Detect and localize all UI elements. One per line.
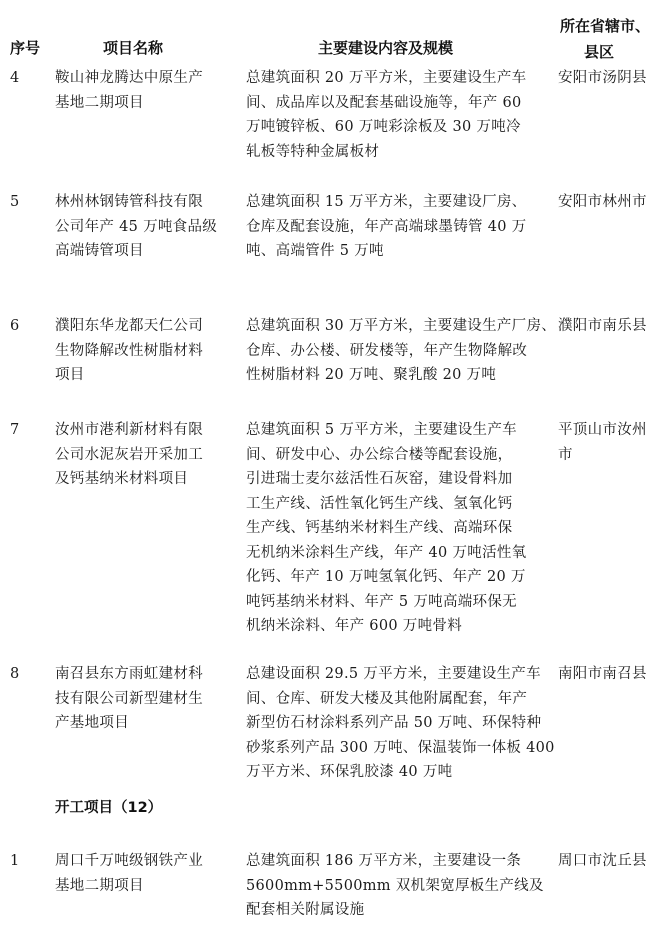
construction-content-line: 无机纳米涂料生产线，年产 40 万吨活性氧 — [246, 541, 546, 566]
construction-content: 总建筑面积 5 万平方米，主要建设生产车间、研发中心、办公综合楼等配套设施，引进… — [246, 418, 546, 639]
header-project-name: 项目名称 — [103, 36, 163, 60]
project-name: 濮阳东华龙都天仁公司生物降解改性树脂材料项目 — [55, 314, 235, 388]
project-name: 汝州市港利新材料有限公司水泥灰岩开采加工及钙基纳米材料项目 — [55, 418, 235, 492]
project-name-line: 高端铸管项目 — [55, 239, 235, 264]
construction-content-line: 总建筑面积 30 万平方米，主要建设生产厂房、 — [246, 314, 546, 339]
location: 濮阳市南乐县 — [558, 314, 658, 339]
construction-content-line: 仓库、办公楼、研发楼等，年产生物降解改 — [246, 339, 546, 364]
construction-content: 总建设面积 29.5 万平方米，主要建设生产车间、仓库、研发大楼及其他附属配套，… — [246, 662, 546, 785]
serial-number: 5 — [10, 190, 40, 215]
construction-content-line: 生产线、钙基纳米材料生产线、高端环保 — [246, 516, 546, 541]
construction-content-line: 配套相关附属设施 — [246, 898, 546, 923]
section-title-started-projects: 开工项目（12） — [55, 796, 162, 820]
location-line: 濮阳市南乐县 — [558, 314, 658, 339]
construction-content-line: 5600mm+5500mm 双机架宽厚板生产线及 — [246, 874, 546, 899]
serial-number: 7 — [10, 418, 40, 443]
construction-content-line: 机纳米涂料、年产 600 万吨骨料 — [246, 614, 546, 639]
location: 安阳市汤阴县 — [558, 66, 658, 91]
header-location-line1: 所在省辖市、 — [560, 14, 650, 38]
construction-content-line: 间、仓库、研发大楼及其他附属配套，年产 — [246, 687, 546, 712]
construction-content-line: 总建设面积 29.5 万平方米，主要建设生产车 — [246, 662, 546, 687]
construction-content-line: 总建筑面积 20 万平方米，主要建设生产车 — [246, 66, 546, 91]
construction-content-line: 工生产线、活性氧化钙生产线、氢氧化钙 — [246, 492, 546, 517]
project-name-line: 基地二期项目 — [55, 874, 235, 899]
project-name-line: 基地二期项目 — [55, 91, 235, 116]
project-name-line: 公司水泥灰岩开采加工 — [55, 443, 235, 468]
location-line: 南阳市南召县 — [558, 662, 658, 687]
construction-content-line: 总建筑面积 15 万平方米，主要建设厂房、 — [246, 190, 546, 215]
location-line: 市 — [558, 443, 658, 468]
location-line: 平顶山市汝州 — [558, 418, 658, 443]
location-line: 周口市沈丘县 — [558, 849, 658, 874]
construction-content: 总建筑面积 20 万平方米，主要建设生产车间、成品库以及配套基础设施等，年产 6… — [246, 66, 546, 164]
construction-content-line: 间、研发中心、办公综合楼等配套设施， — [246, 443, 546, 468]
serial-number: 1 — [10, 849, 40, 874]
project-name-line: 鞍山神龙腾达中原生产 — [55, 66, 235, 91]
construction-content-line: 吨钙基纳米材料、年产 5 万吨高端环保无 — [246, 590, 546, 615]
header-location-line2: 县区 — [584, 40, 614, 64]
construction-content-line: 仓库及配套设施，年产高端球墨铸管 40 万 — [246, 215, 546, 240]
construction-content-line: 吨、高端管件 5 万吨 — [246, 239, 546, 264]
construction-content-line: 万吨镀锌板、60 万吨彩涂板及 30 万吨冷 — [246, 115, 546, 140]
construction-content-line: 万平方米、环保乳胶漆 40 万吨 — [246, 760, 546, 785]
construction-content-line: 新型仿石材涂料系列产品 50 万吨、环保特种 — [246, 711, 546, 736]
construction-content-line: 砂浆系列产品 300 万吨、保温装饰一体板 400 — [246, 736, 546, 761]
project-name-line: 及钙基纳米材料项目 — [55, 467, 235, 492]
location: 周口市沈丘县 — [558, 849, 658, 874]
construction-content: 总建筑面积 186 万平方米，主要建设一条5600mm+5500mm 双机架宽厚… — [246, 849, 546, 923]
construction-content: 总建筑面积 15 万平方米，主要建设厂房、仓库及配套设施，年产高端球墨铸管 40… — [246, 190, 546, 264]
construction-content-line: 总建筑面积 5 万平方米，主要建设生产车 — [246, 418, 546, 443]
project-name-line: 南召县东方雨虹建材科 — [55, 662, 235, 687]
construction-content-line: 引进瑞士麦尔兹活性石灰窑，建设骨料加 — [246, 467, 546, 492]
serial-number: 8 — [10, 662, 40, 687]
construction-content-line: 间、成品库以及配套基础设施等，年产 60 — [246, 91, 546, 116]
project-name-line: 产基地项目 — [55, 711, 235, 736]
location: 南阳市南召县 — [558, 662, 658, 687]
serial-number: 4 — [10, 66, 40, 91]
project-name-line: 林州林钢铸管科技有限 — [55, 190, 235, 215]
project-name-line: 技有限公司新型建材生 — [55, 687, 235, 712]
construction-content-line: 轧板等特种金属板材 — [246, 140, 546, 165]
project-name-line: 项目 — [55, 363, 235, 388]
location: 平顶山市汝州市 — [558, 418, 658, 467]
project-name: 林州林钢铸管科技有限公司年产 45 万吨食品级高端铸管项目 — [55, 190, 235, 264]
location: 安阳市林州市 — [558, 190, 658, 215]
serial-number: 6 — [10, 314, 40, 339]
location-line: 安阳市汤阴县 — [558, 66, 658, 91]
project-name-line: 汝州市港利新材料有限 — [55, 418, 235, 443]
project-name: 周口千万吨级钢铁产业基地二期项目 — [55, 849, 235, 898]
construction-content-line: 性树脂材料 20 万吨、聚乳酸 20 万吨 — [246, 363, 546, 388]
header-construction-content: 主要建设内容及规模 — [318, 36, 453, 60]
header-serial-number: 序号 — [10, 36, 40, 60]
construction-content-line: 化钙、年产 10 万吨氢氧化钙、年产 20 万 — [246, 565, 546, 590]
project-name-line: 公司年产 45 万吨食品级 — [55, 215, 235, 240]
project-name-line: 濮阳东华龙都天仁公司 — [55, 314, 235, 339]
project-name-line: 生物降解改性树脂材料 — [55, 339, 235, 364]
construction-content: 总建筑面积 30 万平方米，主要建设生产厂房、仓库、办公楼、研发楼等，年产生物降… — [246, 314, 546, 388]
construction-content-line: 总建筑面积 186 万平方米，主要建设一条 — [246, 849, 546, 874]
location-line: 安阳市林州市 — [558, 190, 658, 215]
project-name: 鞍山神龙腾达中原生产基地二期项目 — [55, 66, 235, 115]
project-name-line: 周口千万吨级钢铁产业 — [55, 849, 235, 874]
project-name: 南召县东方雨虹建材科技有限公司新型建材生产基地项目 — [55, 662, 235, 736]
